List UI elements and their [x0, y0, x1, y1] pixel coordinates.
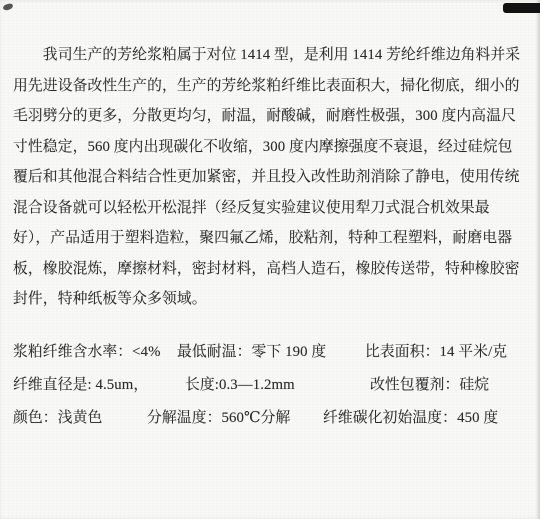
- spec-row: 浆粕纤维含水率：<4% 最低耐温：零下 190 度 比表面积：14 平米/克: [13, 336, 533, 369]
- scan-edge-shadow: [536, 0, 540, 519]
- spec-list: 浆粕纤维含水率：<4% 最低耐温：零下 190 度 比表面积：14 平米/克 纤…: [13, 336, 533, 435]
- spec-row: 纤维直径是: 4.5um， 长度:0.3—1.2mm 改性包覆剂：硅烷: [13, 369, 533, 402]
- spec-row: 颜色：浅黄色 分解温度：560℃分解 纤维碳化初始温度：450 度: [13, 402, 533, 435]
- paragraph-line: 毛羽劈分的更多，分散更均匀，耐温，耐酸碱，耐磨性极强，300 度内高温尺: [13, 101, 525, 132]
- spec-min-temperature: 最低耐温：零下 190 度: [177, 336, 326, 369]
- paragraph-line: 用先进设备改性生产的，生产的芳纶浆粕纤维比表面积大，掃化彻底，细小的: [13, 71, 525, 102]
- spec-carbonization-start-temperature: 纤维碳化初始温度：450 度: [323, 402, 498, 435]
- scan-smudge-top-left: [2, 3, 13, 11]
- scanned-document-page: 我司生产的芳纶浆粕属于对位 1414 型，是利用 1414 芳纶纤维边角料并采 …: [0, 0, 540, 519]
- spec-specific-surface-area: 比表面积：14 平米/克: [365, 336, 507, 369]
- paragraph-line: 板，橡胶混炼，摩擦材料，密封材料，高档人造石，橡胶传送带，特种橡胶密: [13, 254, 525, 285]
- paragraph-line: 覆后和其他混合料结合性更加紧密，并且投入改性助剂消除了静电，使用传统: [13, 162, 525, 193]
- paragraph-line: 好），产品适用于塑料造粒，聚四氟乙烯，胶粘剂，特种工程塑料，耐磨电器: [13, 223, 525, 254]
- spec-fiber-length: 长度:0.3—1.2mm: [185, 369, 295, 402]
- product-description-paragraph: 我司生产的芳纶浆粕属于对位 1414 型，是利用 1414 芳纶纤维边角料并采 …: [13, 40, 525, 315]
- paragraph-line: 混合设备就可以轻松开松混拌（经反复实验建议使用犁刀式混合机效果最: [13, 193, 525, 224]
- spec-color: 颜色：浅黄色: [13, 402, 102, 435]
- spec-decomposition-temperature: 分解温度：560℃分解: [147, 402, 290, 435]
- paragraph-line: 寸性稳定，560 度内出现碳化不收缩，300 度内摩擦强度不衰退，经过硅烷包: [13, 132, 525, 163]
- scan-bar-top-right: [503, 3, 540, 13]
- paragraph-line: 封件，特种纸板等众多领域。: [13, 284, 525, 315]
- spec-moisture-content: 浆粕纤维含水率：<4%: [13, 336, 161, 369]
- spec-coating-agent: 改性包覆剂：硅烷: [370, 369, 489, 402]
- spec-fiber-diameter: 纤维直径是: 4.5um，: [13, 369, 148, 402]
- paragraph-line: 我司生产的芳纶浆粕属于对位 1414 型，是利用 1414 芳纶纤维边角料并采: [13, 40, 525, 71]
